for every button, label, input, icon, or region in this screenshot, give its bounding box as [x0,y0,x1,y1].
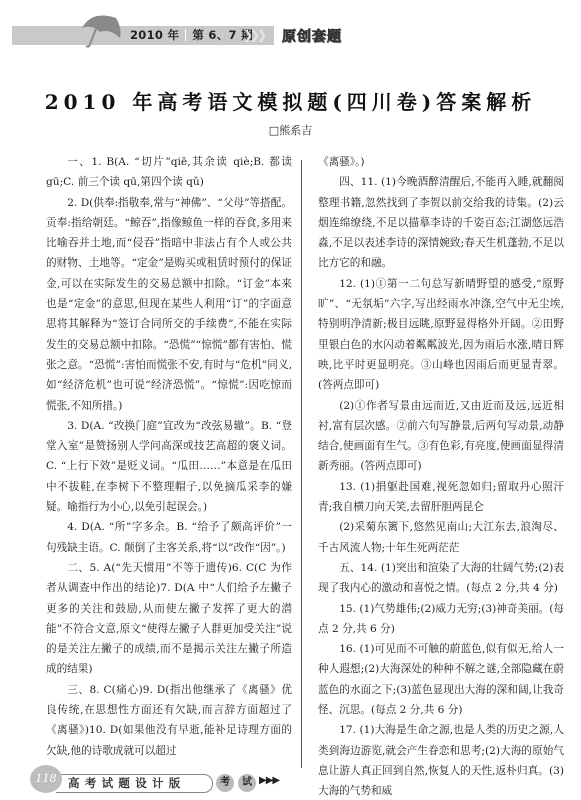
issue-label: 2010 年第 6、7 期 [130,27,253,43]
answer-paragraph: 一、1. B(A. “切片”qiē,其余读 qiè;B. 都读 gū;C. 前三… [46,152,292,193]
arrow-icon: ▶▶▶ [259,775,279,786]
answer-paragraph: (2)采菊东篱下,悠然见南山;大江东去,浪淘尽、千古风流人物;十年生死两茫茫 [318,517,564,558]
answer-paragraph: 17. (1)大海是生命之源,也是人类的历史之源,人类到海边游览,就会产生眷恋和… [318,720,564,800]
column-divider [301,160,302,768]
chevron-icon: ❯❯❯ [243,28,264,42]
answer-paragraph: 4. D(A. “所”字多余。B. “给予了颇高评价”一句残缺主语。C. 颠倒了… [46,517,292,558]
answer-paragraph: 四、11. (1)今晚酒醉清醒后,不能再入睡,就翻阅整理书籍,忽然找到了李贺以前… [318,172,564,273]
article-title: 2010 年高考语文模拟题(四川卷)答案解析 [0,86,581,115]
page-footer: 118 高考试题设计版 考 试 ▶▶▶ [30,765,280,795]
badge-shi: 试 [238,774,256,792]
umbrella-icon [76,10,124,50]
answer-paragraph: 《离骚》。) [318,152,564,172]
answer-paragraph: 12. (1)①第一二句总写新晴野望的感受,“原野旷”、“无氛垢”六字,写出经雨… [318,274,564,396]
section-tag: 原创套题 [282,26,342,46]
answer-paragraph: 三、8. C(痛心)9. D(指出他继承了《离骚》优良传统,在思想性方面还有欠缺… [46,680,292,761]
answer-paragraph: 二、5. A(“先天惯用”不等于遗传)6. C(C 为作者从调查中作出的结论)7… [46,558,292,680]
issue-year: 2010 年 [130,28,179,42]
answer-paragraph: 13. (1)捐躯赴国难,视死忽如归;留取丹心照汗青;我自横刀向天笑,去留肝胆两… [318,477,564,518]
separator [185,29,186,41]
answer-paragraph: 3. D(A. “改换门庭”宜改为“改弦易辙”。B. “登堂入室”是赞扬别人学问… [46,416,292,517]
badge-kao: 考 [216,774,234,792]
article-author: □熊系吉 [0,122,581,138]
answer-paragraph: 15. (1)气势雄伟;(2)威力无穷;(3)神奇美丽。(每点 2 分,共 6 … [318,599,564,640]
answer-paragraph: 五、14. (1)突出和渲染了大海的壮阔气势;(2)表现了我内心的激动和喜悦之情… [318,558,564,599]
publication-name: 高考试题设计版 [68,775,186,791]
answer-paragraph: 2. D(供奉:指敬奉,常与“神佛”、“父母”等搭配。贡奉:指给朝廷。“鲸吞”,… [46,193,292,416]
page-number: 118 [30,765,62,793]
right-column: 《离骚》。) 四、11. (1)今晚酒醉清醒后,不能再入睡,就翻阅整理书籍,忽然… [318,152,564,800]
left-column: 一、1. B(A. “切片”qiē,其余读 qiè;B. 都读 gū;C. 前三… [46,152,292,761]
answer-paragraph: 16. (1)可见而不可触的蔚蓝色,似有似无,给人一种人遐想;(2)大海深处的种… [318,639,564,720]
answer-paragraph: (2)①作者写景由远而近,又由近而及远,远近相衬,富有层次感。②前六句写静景,后… [318,396,564,477]
